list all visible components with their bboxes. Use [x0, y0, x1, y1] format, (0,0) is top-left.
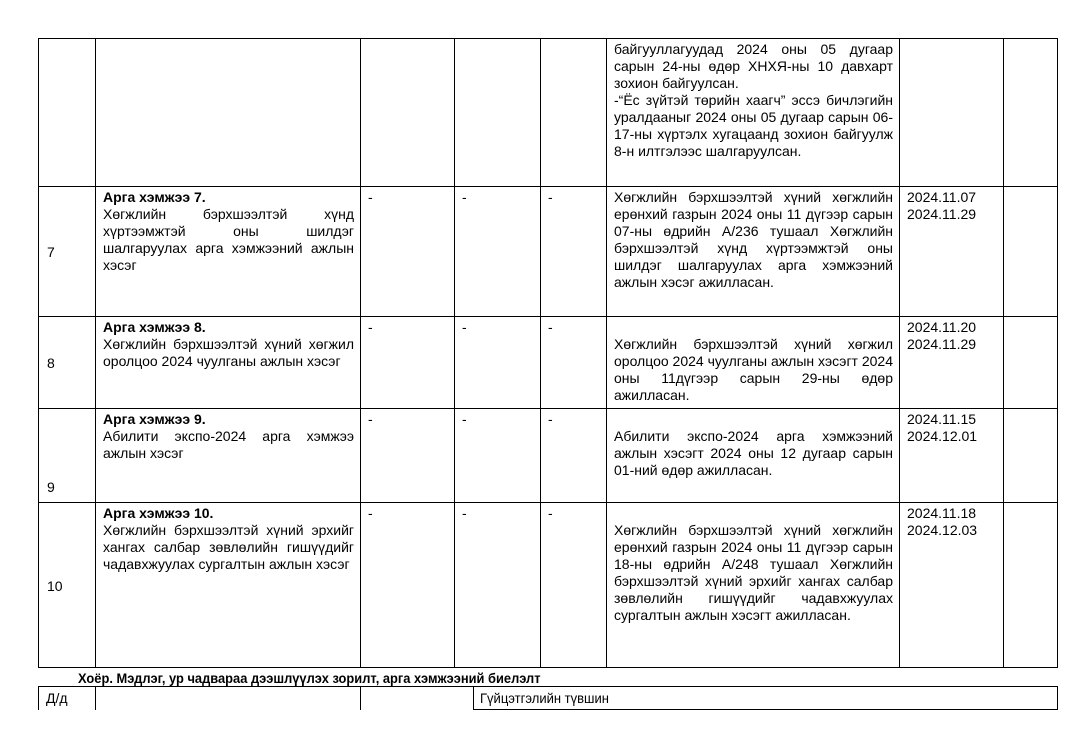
date-end: 2024.12.03 [907, 522, 997, 539]
activity-description: Хөгжлийн бэрхшээлтэй хүний хөгжил оролцо… [103, 336, 354, 370]
result-cell: Хөгжлийн бэрхшээлтэй хүний хөгжлийн ерөн… [607, 187, 900, 317]
activity-title: Арга хэмжээ 7. [103, 189, 354, 206]
activity-title: Арга хэмжээ 8. [103, 319, 354, 336]
result-paragraph: Хөгжлийн бэрхшээлтэй хүний хөгжлийн ерөн… [614, 189, 893, 291]
table-row: 8 Арга хэмжээ 8. Хөгжлийн бэрхшээлтэй хү… [39, 317, 1058, 409]
activities-table: байгууллагуудад 2024 оны 05 дугаар сарын… [38, 38, 1058, 668]
cell-col4 [455, 39, 541, 187]
cell-col5: - [541, 409, 607, 503]
row-number: 8 [39, 317, 96, 409]
result-paragraph: байгууллагуудад 2024 оны 05 дугаар сарын… [614, 41, 893, 92]
activity-cell: Арга хэмжээ 8. Хөгжлийн бэрхшээлтэй хүни… [96, 317, 361, 409]
cell-last [1004, 409, 1058, 503]
section-title: Хоёр. Мэдлэг, ур чадвараа дээшлүүлэх зор… [78, 670, 541, 686]
cell-col3: - [361, 317, 455, 409]
date-end: 2024.11.29 [907, 336, 997, 353]
activity-cell: Арга хэмжээ 7. Хөгжлийн бэрхшээлтэй хүнд… [96, 187, 361, 317]
divider [38, 686, 39, 710]
row-number: 7 [39, 187, 96, 317]
activity-description: Абилити экспо-2024 арга хэмжээ ажлын хэс… [103, 428, 354, 462]
cell-last [1004, 187, 1058, 317]
cell-last [1004, 317, 1058, 409]
column-header-level: Гүйцэтгэлийн түвшин [473, 686, 1058, 710]
result-cell: Хөгжлийн бэрхшээлтэй хүний хөгжлийн ерөн… [607, 503, 900, 668]
cell-col3: - [361, 503, 455, 668]
result-cell: Абилити экспо-2024 арга хэмжээний ажлын … [607, 409, 900, 503]
cell-col5: - [541, 503, 607, 668]
table-row: байгууллагуудад 2024 оны 05 дугаар сарын… [39, 39, 1058, 187]
activity-description: Хөгжлийн бэрхшээлтэй хүний эрхийг хангах… [103, 522, 354, 573]
cell-last [1004, 39, 1058, 187]
cell-col4: - [455, 503, 541, 668]
result-paragraph: Хөгжлийн бэрхшээлтэй хүний хөгжил оролцо… [614, 336, 893, 404]
activity-cell [96, 39, 361, 187]
activity-cell: Арга хэмжээ 9. Абилити экспо-2024 арга х… [96, 409, 361, 503]
date-start: 2024.11.07 [907, 189, 997, 206]
column-header-level-label: Гүйцэтгэлийн түвшин [480, 690, 609, 706]
cell-col4: - [455, 187, 541, 317]
result-cell: байгууллагуудад 2024 оны 05 дугаар сарын… [607, 39, 900, 187]
activity-cell: Арга хэмжээ 10. Хөгжлийн бэрхшээлтэй хүн… [96, 503, 361, 668]
result-cell: Хөгжлийн бэрхшээлтэй хүний хөгжил оролцо… [607, 317, 900, 409]
activity-title: Арга хэмжээ 10. [103, 505, 354, 522]
cell-col3 [361, 39, 455, 187]
cell-col4: - [455, 409, 541, 503]
result-paragraph: Абилити экспо-2024 арга хэмжээний ажлын … [614, 428, 893, 479]
activity-title: Арга хэмжээ 9. [103, 411, 354, 428]
date-cell: 2024.11.07 2024.11.29 [900, 187, 1004, 317]
cell-col3: - [361, 409, 455, 503]
date-start: 2024.11.20 [907, 319, 997, 336]
row-number [39, 39, 96, 187]
cell-col5: - [541, 317, 607, 409]
table-row: 7 Арга хэмжээ 7. Хөгжлийн бэрхшээлтэй хү… [39, 187, 1058, 317]
row-number: 10 [39, 503, 96, 668]
date-cell [900, 39, 1004, 187]
cell-col3: - [361, 187, 455, 317]
column-header-number: Д/д [46, 690, 68, 706]
divider [95, 686, 96, 710]
date-cell: 2024.11.20 2024.11.29 [900, 317, 1004, 409]
cell-col4: - [455, 317, 541, 409]
table-row: 10 Арга хэмжээ 10. Хөгжлийн бэрхшээлтэй … [39, 503, 1058, 668]
cell-col5: - [541, 187, 607, 317]
result-paragraph: Хөгжлийн бэрхшээлтэй хүний хөгжлийн ерөн… [614, 522, 893, 624]
result-paragraph: -“Ёс зүйтэй төрийн хаагч” эссэ бичлэгийн… [614, 92, 893, 160]
date-end: 2024.12.01 [907, 428, 997, 445]
divider [360, 686, 361, 710]
row-number: 9 [39, 409, 96, 503]
table-row: 9 Арга хэмжээ 9. Абилити экспо-2024 арга… [39, 409, 1058, 503]
date-start: 2024.11.18 [907, 505, 997, 522]
date-cell: 2024.11.18 2024.12.03 [900, 503, 1004, 668]
date-end: 2024.11.29 [907, 206, 997, 223]
subheader-border [38, 686, 474, 687]
activity-description: Хөгжлийн бэрхшээлтэй хүнд хүртээмжтэй он… [103, 206, 354, 274]
date-cell: 2024.11.15 2024.12.01 [900, 409, 1004, 503]
cell-last [1004, 503, 1058, 668]
date-start: 2024.11.15 [907, 411, 997, 428]
cell-col5 [541, 39, 607, 187]
